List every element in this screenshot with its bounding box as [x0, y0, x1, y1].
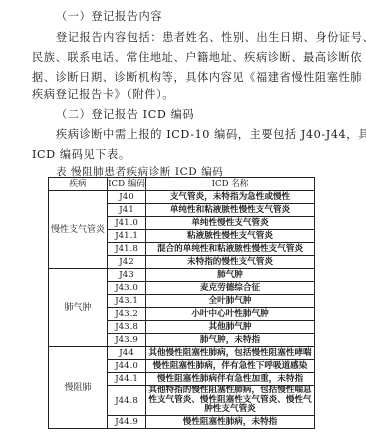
icd-name-cell: 慢性阻塞性肺病伴有急性加重，未特指: [146, 373, 315, 386]
icd-code-cell: J44.0: [108, 360, 146, 373]
section1-paragraph-line: 民族、联系电话、常住地址、户籍地址、疾病诊断、最高诊断依: [32, 49, 362, 65]
icd-name-cell: 其他慢性阻塞性肺病，包括慢性阻塞性哮喘: [146, 347, 315, 360]
icd-code-cell: J43.9: [108, 334, 146, 347]
section1-paragraph-line: 据、诊断日期、诊断机构等，具体内容见《福建省慢性阻塞性肺: [32, 69, 362, 85]
icd-code-cell: J41.0: [108, 217, 146, 230]
icd-name-cell: 小叶中心叶性肺气肿: [146, 308, 315, 321]
table-header-row: 疾病 ICD 编码 ICD 名称: [49, 178, 315, 191]
icd-name-cell: 全叶肺气肿: [146, 295, 315, 308]
disease-cell: 慢阻肺: [49, 347, 108, 429]
table-row: 肺气肿 J43 肺气肿: [49, 269, 315, 282]
icd-code-cell: J44.1: [108, 373, 146, 386]
header-icd-code: ICD 编码: [108, 178, 146, 191]
icd-name-cell: 单纯性和粘液脓性慢性支气管炎: [146, 204, 315, 217]
icd-name-cell: 其他肺气肿: [146, 321, 315, 334]
icd-name-cell: 肺气肿，未特指: [146, 334, 315, 347]
icd-code-cell: J43.8: [108, 321, 146, 334]
disease-cell: 慢性支气管炎: [49, 191, 108, 269]
icd-code-cell: J44.8: [108, 386, 146, 416]
icd-code-cell: J43.0: [108, 282, 146, 295]
icd-name-cell: 其他特指的慢性阻塞性肺病，包括慢性喘息性支气管炎、慢性阻塞性支气管炎、慢性气肿性…: [146, 386, 315, 416]
disease-cell: 肺气肿: [49, 269, 108, 347]
header-disease: 疾病: [49, 178, 108, 191]
icd-name-cell: 慢性阻塞性肺病，未特指: [146, 416, 315, 429]
icd-name-cell: 粘液脓性慢性支气管炎: [146, 230, 315, 243]
table-row: 慢性支气管炎 J40 支气管炎，未特指为急性或慢性: [49, 191, 315, 204]
icd-code-cell: J41.1: [108, 230, 146, 243]
icd-name-cell: 肺气肿: [146, 269, 315, 282]
icd-code-cell: J43.2: [108, 308, 146, 321]
icd-code-cell: J44.9: [108, 416, 146, 429]
icd-name-cell: 单纯性慢性支气管炎: [146, 217, 315, 230]
section1-paragraph-line: 疾病登记报告卡》（附件）。: [32, 86, 174, 102]
icd-code-cell: J44: [108, 347, 146, 360]
icd-code-table: 疾病 ICD 编码 ICD 名称 慢性支气管炎 J40 支气管炎，未特指为急性或…: [48, 177, 315, 429]
icd-name-cell: 慢性阻塞性肺病，伴有急性下呼吸道感染: [146, 360, 315, 373]
section1-paragraph-line: 登记报告内容包括：患者姓名、性别、出生日期、身份证号、: [56, 29, 366, 45]
section2-paragraph-line: ICD 编码见下表。: [32, 146, 131, 162]
icd-name-cell: 麦克劳德综合征: [146, 282, 315, 295]
section1-heading: （一）登记报告内容: [56, 8, 162, 24]
section2-heading: （二）登记报告 ICD 编码: [56, 106, 194, 122]
icd-code-cell: J43.1: [108, 295, 146, 308]
icd-name-cell: 混合的单纯性和粘液脓性慢性支气管炎: [146, 243, 315, 256]
icd-code-cell: J42: [108, 256, 146, 269]
section2-paragraph-line: 疾病诊断中需上报的 ICD-10 编码，主要包括 J40-J44，具体: [56, 126, 366, 142]
icd-code-cell: J41: [108, 204, 146, 217]
icd-code-cell: J40: [108, 191, 146, 204]
icd-code-cell: J41.8: [108, 243, 146, 256]
table-row: 慢阻肺 J44 其他慢性阻塞性肺病，包括慢性阻塞性哮喘: [49, 347, 315, 360]
icd-name-cell: 未特指的慢性支气管炎: [146, 256, 315, 269]
icd-name-cell: 支气管炎，未特指为急性或慢性: [146, 191, 315, 204]
header-icd-name: ICD 名称: [146, 178, 315, 191]
icd-code-cell: J43: [108, 269, 146, 282]
